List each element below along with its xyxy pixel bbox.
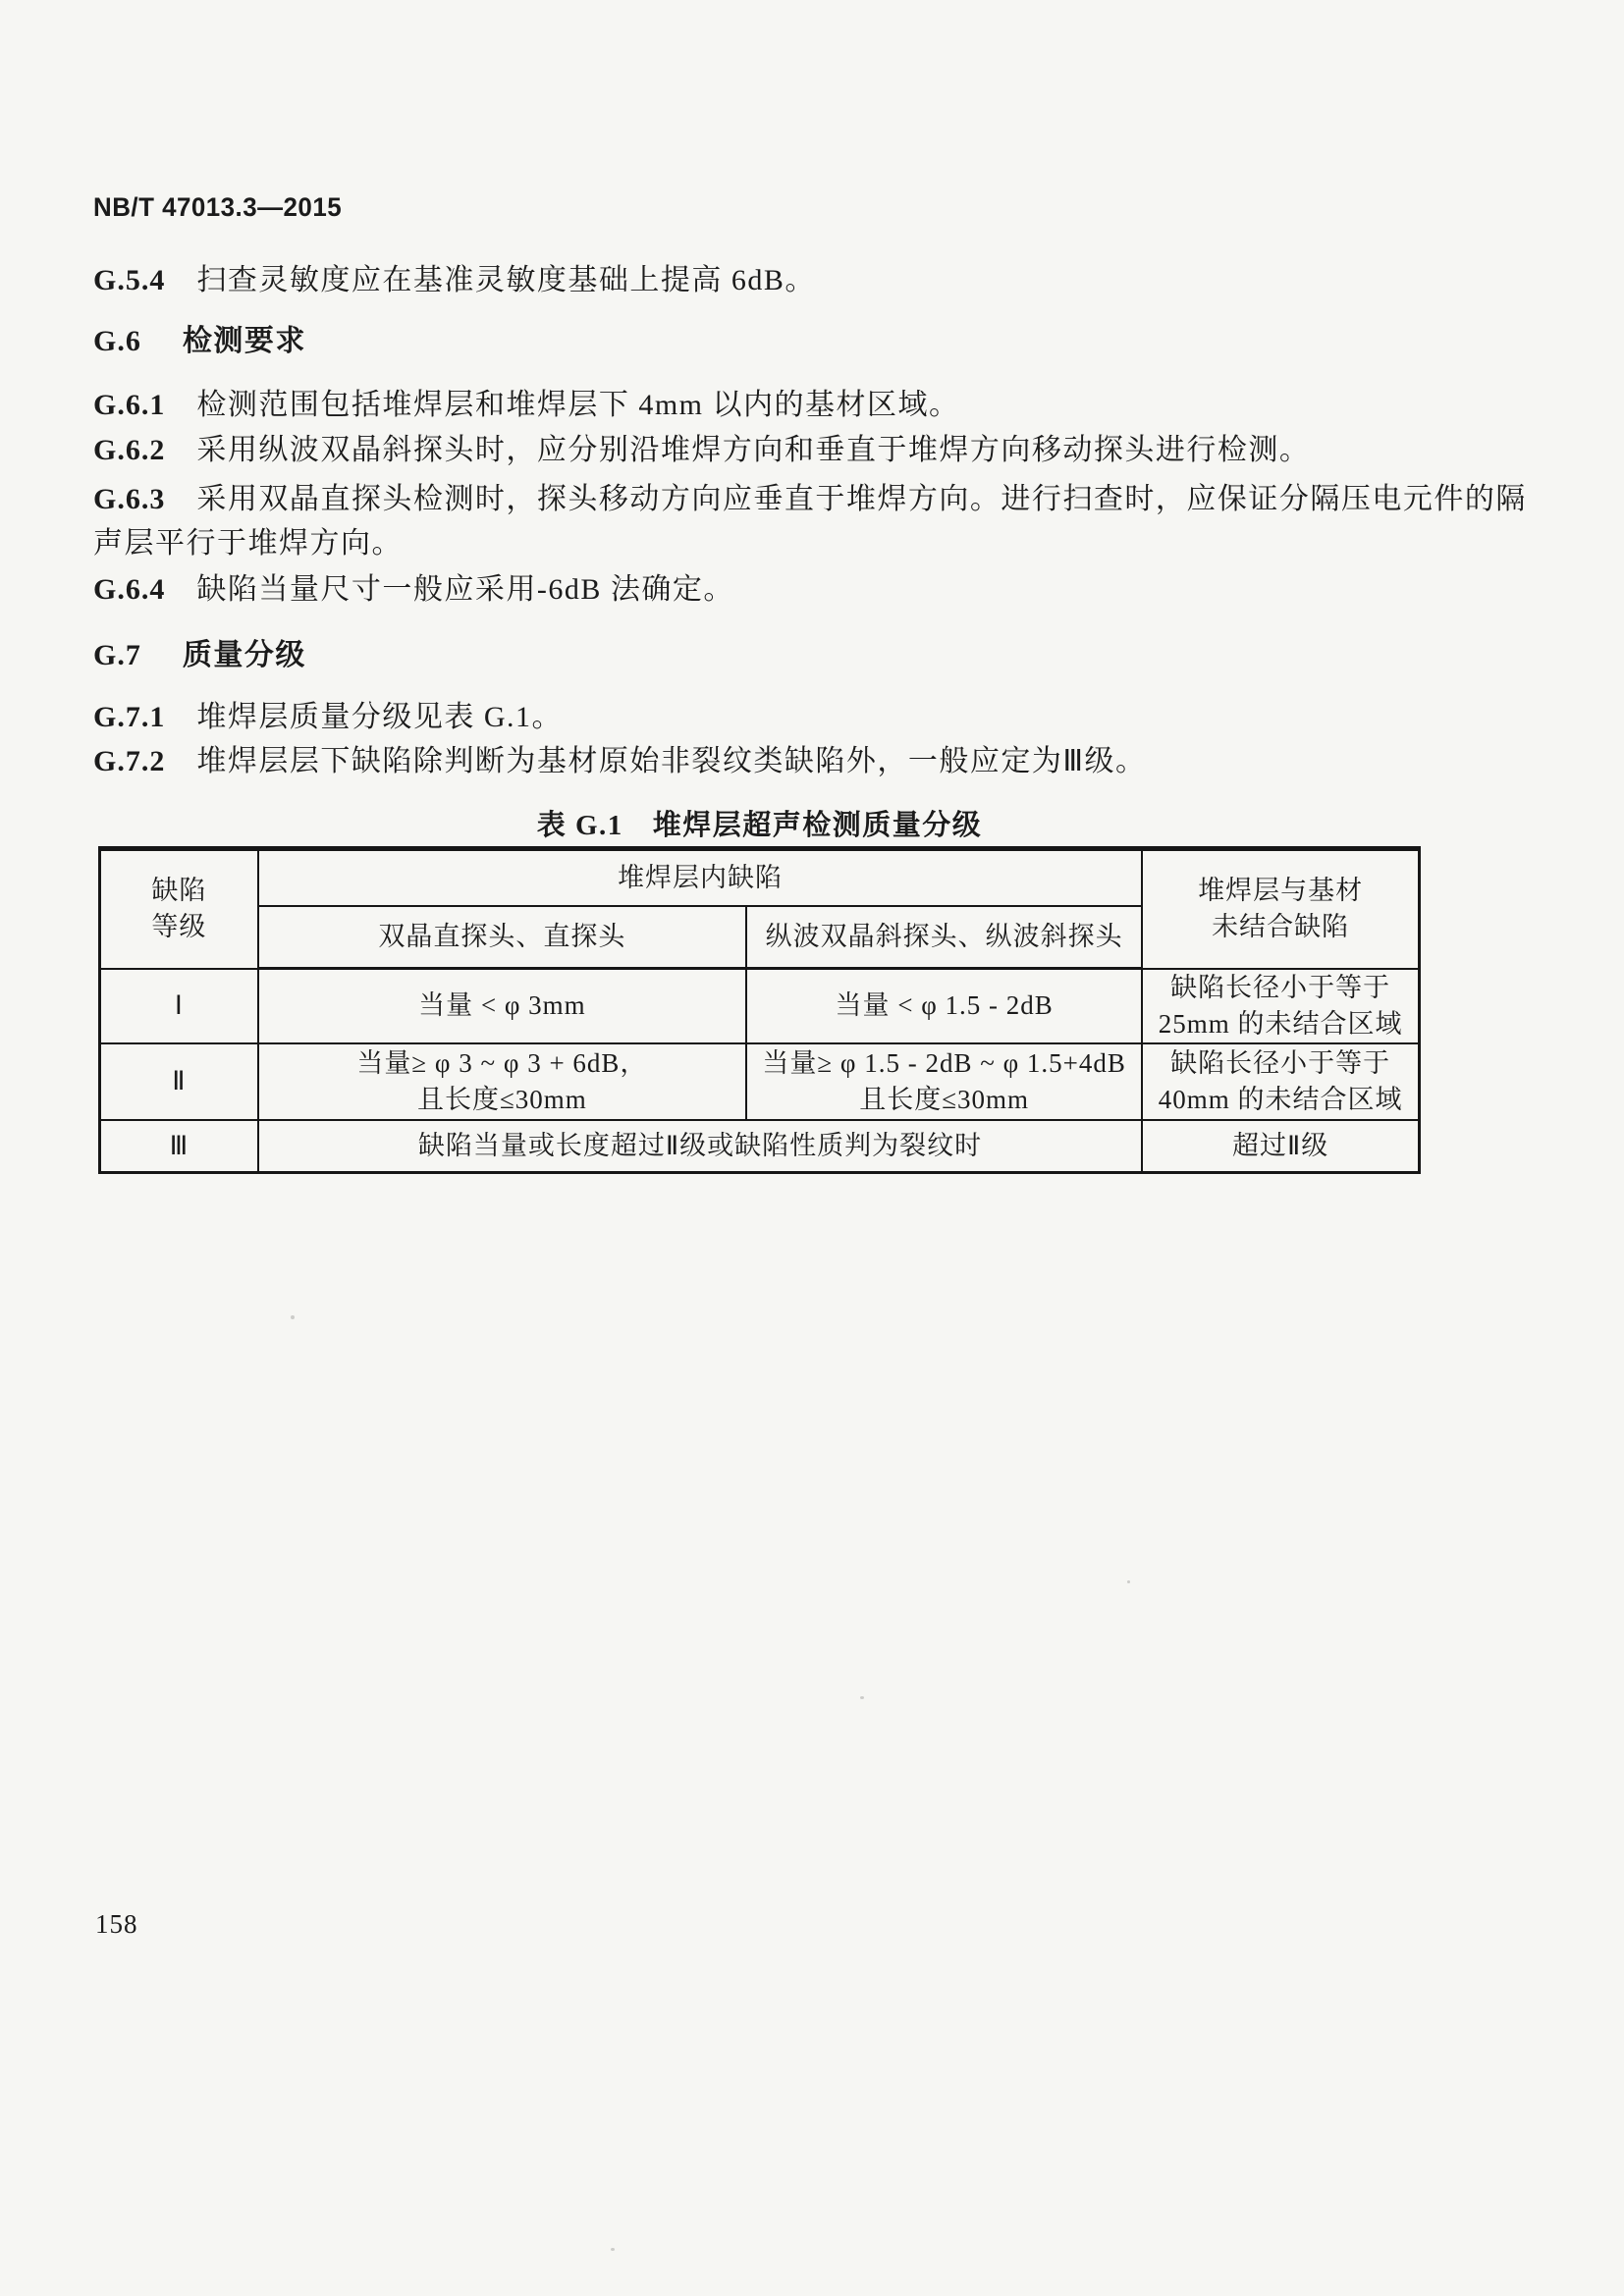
straight-probe-criterion: 当量≥ φ 3 ~ φ 3 + 6dB， 且长度≤30mm xyxy=(258,1043,746,1120)
header-angle-probe: 纵波双晶斜探头、纵波斜探头 xyxy=(746,906,1142,969)
section-heading-g6: G.6检测要求 xyxy=(93,319,1537,363)
header-defect-grade-line2: 等级 xyxy=(107,909,251,945)
unbonded-criterion-line2: 40mm 的未结合区域 xyxy=(1149,1082,1412,1118)
clause-text: 扫查灵敏度应在基准灵敏度基础上提高 6dB。 xyxy=(196,264,816,296)
unbonded-criterion: 缺陷长径小于等于 25mm 的未结合区域 xyxy=(1142,969,1419,1043)
grade-cell: Ⅲ xyxy=(100,1120,258,1173)
clause-number: G.6.3 xyxy=(93,483,165,515)
scan-speckle xyxy=(860,1696,864,1699)
clause-g6-2: G.6.2采用纵波双晶斜探头时，应分别沿堆焊方向和垂直于堆焊方向移动探头进行检测… xyxy=(93,428,1537,472)
clause-g5-4: G.5.4扫查灵敏度应在基准灵敏度基础上提高 6dB。 xyxy=(93,258,1537,302)
unbonded-criterion-line1: 缺陷长径小于等于 xyxy=(1149,970,1412,1006)
clause-number: G.6.2 xyxy=(93,434,165,466)
header-defect-grade: 缺陷 等级 xyxy=(100,849,258,969)
scan-speckle xyxy=(611,2248,615,2251)
unbonded-criterion: 缺陷长径小于等于 40mm 的未结合区域 xyxy=(1142,1043,1419,1120)
clause-number: G.7.1 xyxy=(93,701,165,733)
table-row-grade-2: Ⅱ 当量≥ φ 3 ~ φ 3 + 6dB， 且长度≤30mm 当量≥ φ 1.… xyxy=(100,1043,1420,1120)
straight-probe-criterion: 当量 < φ 3mm xyxy=(258,969,746,1043)
header-unbonded-line1: 堆焊层与基材 xyxy=(1149,873,1412,909)
clause-g6-3: G.6.3采用双晶直探头检测时，探头移动方向应垂直于堆焊方向。进行扫查时，应保证… xyxy=(93,477,1537,565)
scan-speckle xyxy=(291,1315,295,1319)
clause-number: G.6.1 xyxy=(93,389,165,421)
clause-text: 检测范围包括堆焊层和堆焊层下 4mm 以内的基材区域。 xyxy=(196,389,959,421)
clause-text: 检测要求 xyxy=(183,325,306,357)
header-straight-probe: 双晶直探头、直探头 xyxy=(258,906,746,969)
quality-grading-table: 缺陷 等级 堆焊层内缺陷 堆焊层与基材 未结合缺陷 双晶直探头、直探头 纵波双晶… xyxy=(98,846,1421,1174)
grade-cell: Ⅰ xyxy=(100,969,258,1043)
clause-number: G.7.2 xyxy=(93,745,165,777)
clause-text: 采用双晶直探头检测时，探头移动方向应垂直于堆焊方向。进行扫查时，应保证分隔压电元… xyxy=(93,483,1527,560)
scan-speckle xyxy=(1127,1580,1130,1583)
grade-cell: Ⅱ xyxy=(100,1043,258,1120)
header-unbonded-defects: 堆焊层与基材 未结合缺陷 xyxy=(1142,849,1419,969)
table-row-grade-1: Ⅰ 当量 < φ 3mm 当量 < φ 1.5 - 2dB 缺陷长径小于等于 2… xyxy=(100,969,1420,1043)
table-caption-label: 表 G.1 xyxy=(537,810,623,841)
clause-g7-1: G.7.1堆焊层质量分级见表 G.1。 xyxy=(93,695,1537,739)
unbonded-criterion: 超过Ⅱ级 xyxy=(1142,1120,1419,1173)
unbonded-criterion-line2: 25mm 的未结合区域 xyxy=(1149,1006,1412,1042)
clause-text: 质量分级 xyxy=(183,639,306,671)
clause-text: 堆焊层层下缺陷除判断为基材原始非裂纹类缺陷外，一般应定为Ⅲ级。 xyxy=(196,745,1146,777)
angle-probe-line1: 当量≥ φ 1.5 - 2dB ~ φ 1.5+4dB xyxy=(753,1045,1135,1082)
page-number: 158 xyxy=(95,1909,138,1940)
header-defect-grade-line1: 缺陷 xyxy=(107,873,251,909)
angle-probe-criterion: 当量≥ φ 1.5 - 2dB ~ φ 1.5+4dB 且长度≤30mm xyxy=(746,1043,1142,1120)
angle-probe-line2: 且长度≤30mm xyxy=(753,1082,1135,1118)
header-unbonded-line2: 未结合缺陷 xyxy=(1149,909,1412,945)
table-row-grade-3: Ⅲ 缺陷当量或长度超过Ⅱ级或缺陷性质判为裂纹时 超过Ⅱ级 xyxy=(100,1120,1420,1173)
angle-probe-criterion: 当量 < φ 1.5 - 2dB xyxy=(746,969,1142,1043)
straight-probe-line1: 当量≥ φ 3 ~ φ 3 + 6dB， xyxy=(265,1045,739,1082)
document-page: NB/T 47013.3—2015 G.5.4扫查灵敏度应在基准灵敏度基础上提高… xyxy=(0,0,1624,2296)
clause-number: G.7 xyxy=(93,639,141,671)
clause-g6-4: G.6.4缺陷当量尺寸一般应采用-6dB 法确定。 xyxy=(93,567,1537,612)
standard-number-header: NB/T 47013.3—2015 xyxy=(93,192,342,223)
section-heading-g7: G.7质量分级 xyxy=(93,633,1537,677)
clause-g6-1: G.6.1检测范围包括堆焊层和堆焊层下 4mm 以内的基材区域。 xyxy=(93,383,1537,427)
clause-g7-2: G.7.2堆焊层层下缺陷除判断为基材原始非裂纹类缺陷外，一般应定为Ⅲ级。 xyxy=(93,739,1537,783)
clause-number: G.5.4 xyxy=(93,264,165,296)
clause-text: 采用纵波双晶斜探头时，应分别沿堆焊方向和垂直于堆焊方向移动探头进行检测。 xyxy=(196,434,1310,466)
unbonded-criterion-line1: 缺陷长径小于等于 xyxy=(1149,1045,1412,1082)
clause-text: 堆焊层质量分级见表 G.1。 xyxy=(196,701,563,733)
merged-criterion: 缺陷当量或长度超过Ⅱ级或缺陷性质判为裂纹时 xyxy=(258,1120,1142,1173)
straight-probe-line2: 且长度≤30mm xyxy=(265,1082,739,1118)
header-internal-defects-group: 堆焊层内缺陷 xyxy=(258,849,1142,906)
clause-text: 缺陷当量尺寸一般应采用-6dB 法确定。 xyxy=(196,573,734,606)
clause-number: G.6.4 xyxy=(93,573,165,606)
table-caption: 表 G.1堆焊层超声检测质量分级 xyxy=(98,803,1421,843)
scan-speckle xyxy=(1214,978,1217,981)
clause-number: G.6 xyxy=(93,325,141,357)
table-caption-title: 堆焊层超声检测质量分级 xyxy=(653,810,983,841)
